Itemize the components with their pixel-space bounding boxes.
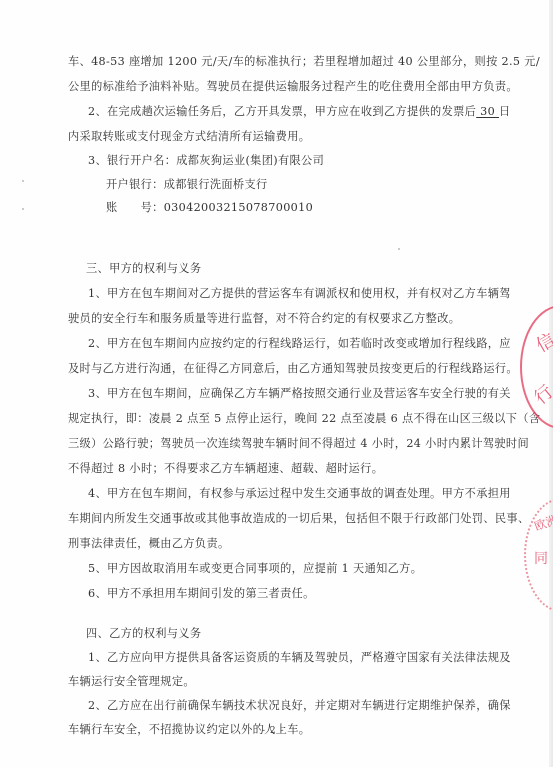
bank-name-row: 开户银行：成都银行洗面桥支行 [106, 178, 498, 192]
paragraph-line: 2、在完成趟次运输任务后，乙方开具发票，甲方应在收到乙方提供的发票后 30 日 [88, 105, 460, 119]
stamp-glyph: 欧洲 [532, 510, 553, 534]
paragraph-line: 1、甲方在包车期间对乙方提供的营运客车有调派权和使用权，并有权对乙方车辆驾 [88, 287, 460, 301]
bank-name-label: 开户银行： [106, 178, 164, 191]
paragraph-line: 及时与乙方进行沟通，在征得乙方同意后，由乙方通知驾驶员按变更后的行程线路运行。 [68, 362, 460, 376]
stamp-glyph: 行 [528, 378, 553, 409]
scan-speck [22, 180, 24, 182]
paragraph-line: 1、乙方应向甲方提供具备客运资质的车辆及驾驶员，严格遵守国家有关法律法规及 [88, 651, 460, 665]
paragraph-line: 驶员的安全行车和服务质量等进行监督，对不符合约定的有权要求乙方整改。 [68, 312, 460, 326]
bank-account-number-row: 账 号：03042003215078700010 [106, 201, 498, 215]
red-seal-stamp: 信 行 [520, 305, 553, 429]
paragraph-line: 公里的标准给予油料补贴。驾驶员在提供运输服务过程产生的吃住费用全部由甲方负责。 [68, 80, 460, 94]
bank-account-name-row: 3、银行开户名：成都灰狗运业(集团)有限公司 [88, 154, 460, 168]
section-heading: 三、甲方的权利与义务 [86, 262, 478, 276]
paragraph-line: 5、甲方因故取消用车或变更合同事项的，应提前 1 天通知乙方。 [88, 562, 460, 576]
paragraph-line: 2、乙方应在出行前确保车辆技术状况良好，并定期对车辆进行定期维护保养，确保 [88, 699, 460, 713]
section-heading: 四、乙方的权利与义务 [86, 627, 478, 641]
page-number: - 2 - [262, 726, 285, 736]
paragraph-line: 车期间内所发生交通事故或其他事故造成的一切后果，包括但不限于行政部门处罚、民事、 [68, 512, 460, 526]
bank-account-name-value: 成都灰狗运业(集团)有限公司 [176, 154, 324, 167]
paragraph-line: 6、甲方不承担用车期间引发的第三者责任。 [88, 587, 460, 601]
paragraph-text: 日 [499, 105, 511, 118]
paragraph-line: 刑事法律责任，概由乙方负责。 [68, 537, 460, 551]
paragraph-text: 2、在完成趟次运输任务后，乙方开具发票，甲方应在收到乙方提供的发票后 [88, 105, 476, 118]
stamp-glyph: 信 [531, 326, 553, 358]
paragraph-line: 内采取转账或支付现金方式结清所有运输费用。 [68, 130, 460, 144]
bank-account-name-label: 3、银行开户名： [88, 154, 176, 167]
scan-speck [398, 248, 400, 250]
paragraph-line: 车辆运行安全管理规定。 [68, 675, 460, 689]
paragraph-line: 不得超过 8 小时；不得要求乙方车辆超速、超载、超时运行。 [68, 462, 460, 476]
document-page: 车、48-53 座增加 1200 元/天/车的标准执行；若里程增加超过 40 公… [0, 0, 553, 767]
paragraph-line: 规定执行，即：凌晨 2 点至 5 点停止运行，晚间 22 点至凌晨 6 点不得在… [68, 412, 460, 426]
bank-account-number-label: 账 号： [106, 201, 164, 214]
stamp-glyph: 同 [534, 548, 548, 568]
bank-name-value: 成都银行洗面桥支行 [164, 178, 268, 191]
paragraph-line: 2、甲方在包车期间内应按约定的行程线路运行，如若临时改变或增加行程线路，应 [88, 337, 460, 351]
paragraph-line: 三级）公路行驶；驾驶员一次连续驾驶车辆时间不得超过 4 小时，24 小时内累计驾… [68, 437, 460, 451]
paragraph-line: 3、甲方在包车期间，应确保乙方车辆严格按照交通行业及营运客车安全行驶的有关 [88, 387, 460, 401]
paragraph-line: 车、48-53 座增加 1200 元/天/车的标准执行；若里程增加超过 40 公… [68, 55, 460, 69]
paragraph-line: 4、甲方在包车期间，有权参与承运过程中发生交通事故的调查处理。甲方不承担用 [88, 487, 460, 501]
payment-days-value: 30 [476, 105, 499, 118]
scan-speck [22, 208, 24, 210]
bank-account-number-value: 03042003215078700010 [164, 201, 313, 214]
